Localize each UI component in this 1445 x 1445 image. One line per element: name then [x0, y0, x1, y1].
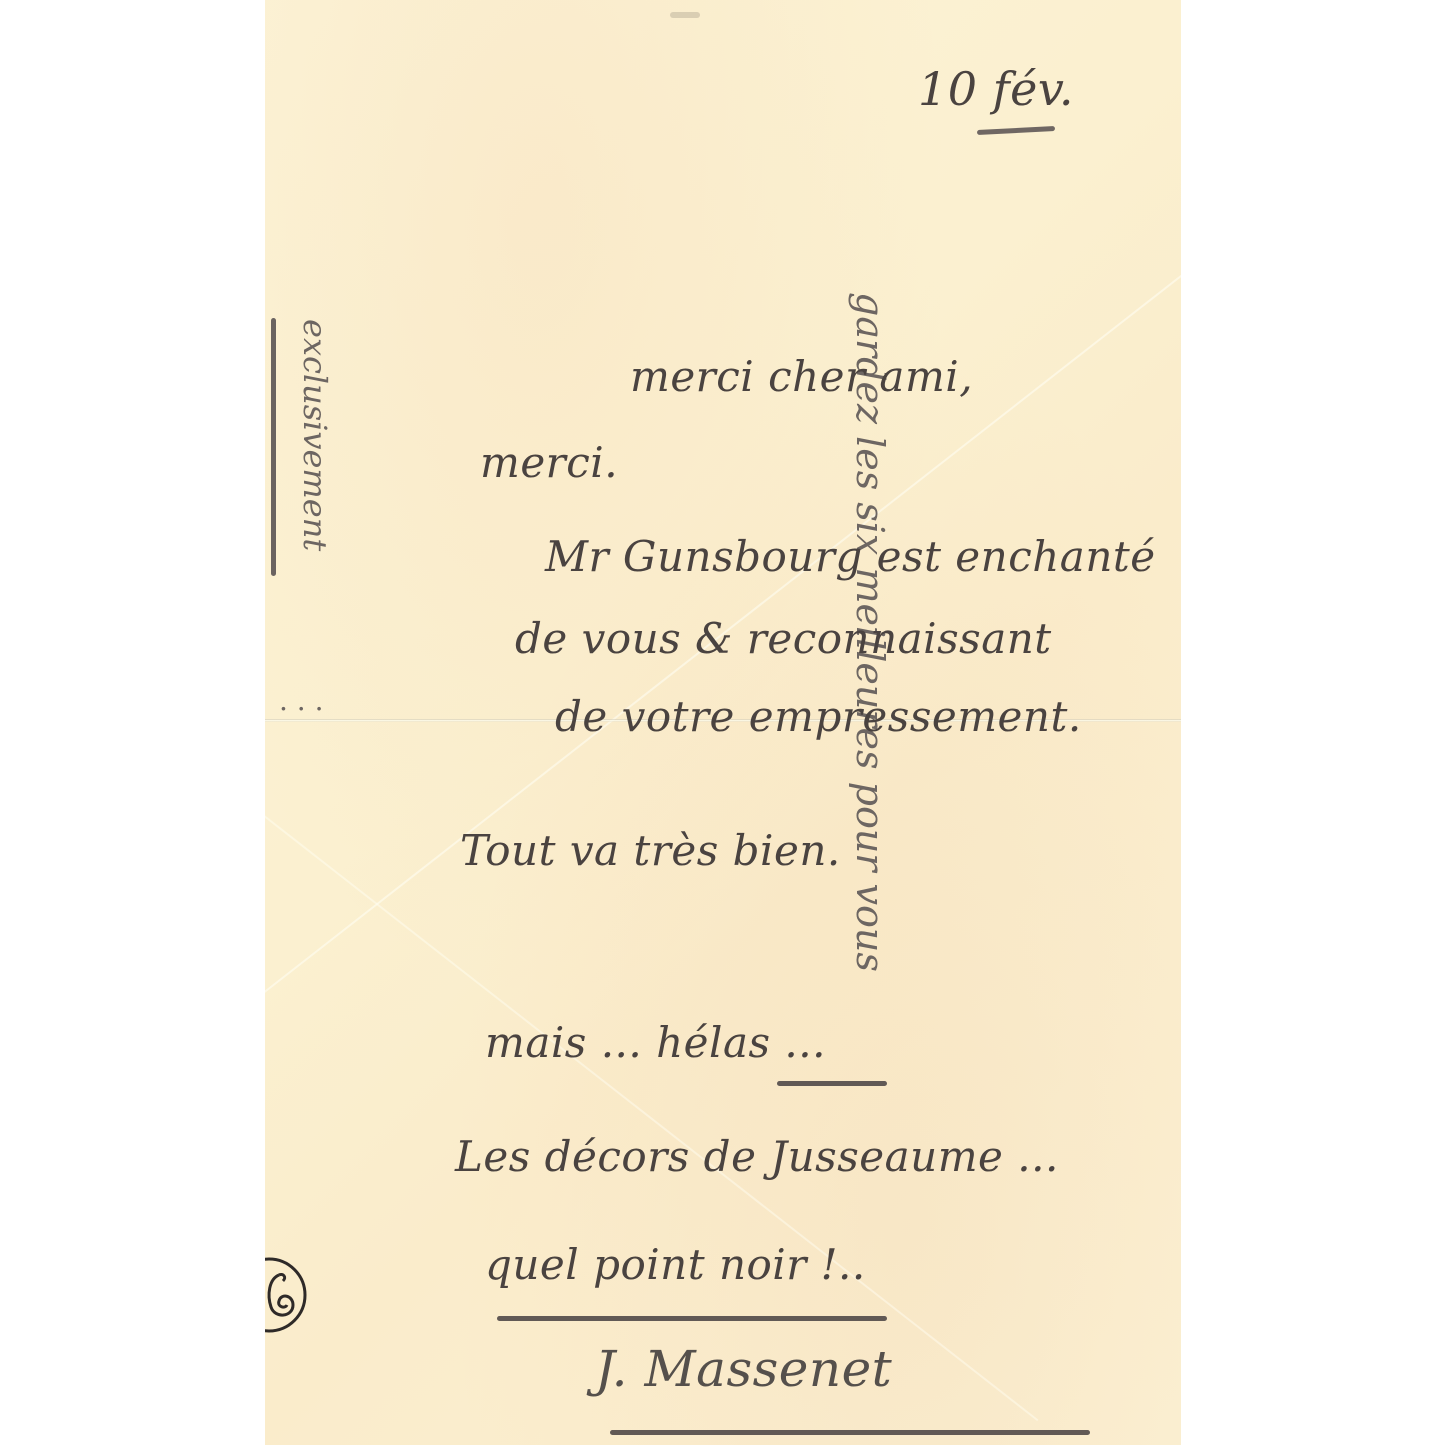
margin-note-line-1: gardez les six meilleures pour vous: [848, 292, 892, 1272]
letter-line-7: mais ... hélas ...: [485, 1018, 826, 1067]
margin-note-bar: [271, 318, 276, 576]
letter-paper: exclusivement gardez les six meilleures …: [265, 0, 1181, 1445]
margin-note-dots: . . .: [279, 690, 299, 712]
signature-underline: [610, 1430, 1090, 1435]
letter-line-4: de vous & reconnaissant: [515, 614, 1052, 663]
helas-underline: [777, 1081, 887, 1086]
signature: J. Massenet: [595, 1340, 892, 1398]
margin-note-line-2: exclusivement: [296, 319, 334, 839]
letter-line-9: quel point noir !..: [485, 1240, 866, 1289]
quel-point-noir-underline: [497, 1316, 887, 1321]
letter-line-5: de votre empressement.: [555, 692, 1082, 741]
stamp-spiral-icon: [265, 1255, 309, 1335]
circular-stamp: [265, 1255, 309, 1335]
letter-line-3: Mr Gunsbourg est enchanté: [545, 532, 1156, 581]
paper-smudge: [670, 12, 700, 18]
letter-line-1: merci cher ami,: [630, 352, 973, 401]
letter-line-2: merci.: [480, 438, 618, 487]
scanned-letter-canvas: exclusivement gardez les six meilleures …: [0, 0, 1445, 1445]
letter-line-6: Tout va très bien.: [460, 826, 841, 875]
date-underline: [977, 126, 1055, 135]
paper-diagonal-crease: [265, 169, 1181, 1033]
letter-date: 10 fév.: [918, 62, 1074, 116]
letter-line-8: Les décors de Jusseaume ...: [455, 1132, 1059, 1181]
